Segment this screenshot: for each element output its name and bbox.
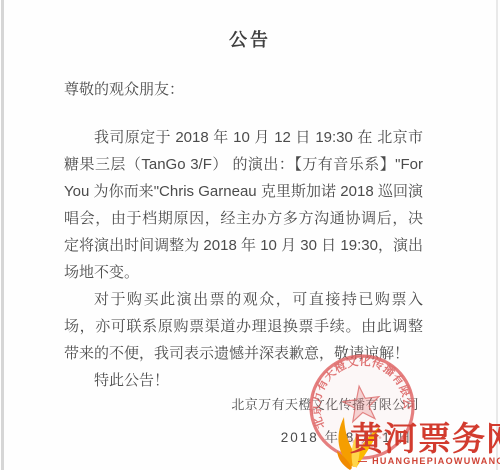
page-edge-right: [496, 0, 498, 470]
salutation: 尊敬的观众朋友：: [64, 76, 423, 103]
notice-title: 公告: [0, 26, 500, 52]
watermark-site-name: 黄河票务网: [350, 413, 500, 460]
page-edge-left: [1, 0, 4, 470]
notice-body: 尊敬的观众朋友： 我司原定于 2018 年 10 月 12 日 19:30 在 …: [64, 76, 423, 394]
watermark-site-romanized: — HUANGHEPIAOWUWANG —: [358, 456, 500, 466]
notice-page: 公告 尊敬的观众朋友： 我司原定于 2018 年 10 月 12 日 19:30…: [0, 0, 500, 470]
paragraph-schedule-change: 我司原定于 2018 年 10 月 12 日 19:30 在 北京市 糖果三层（…: [64, 124, 423, 286]
